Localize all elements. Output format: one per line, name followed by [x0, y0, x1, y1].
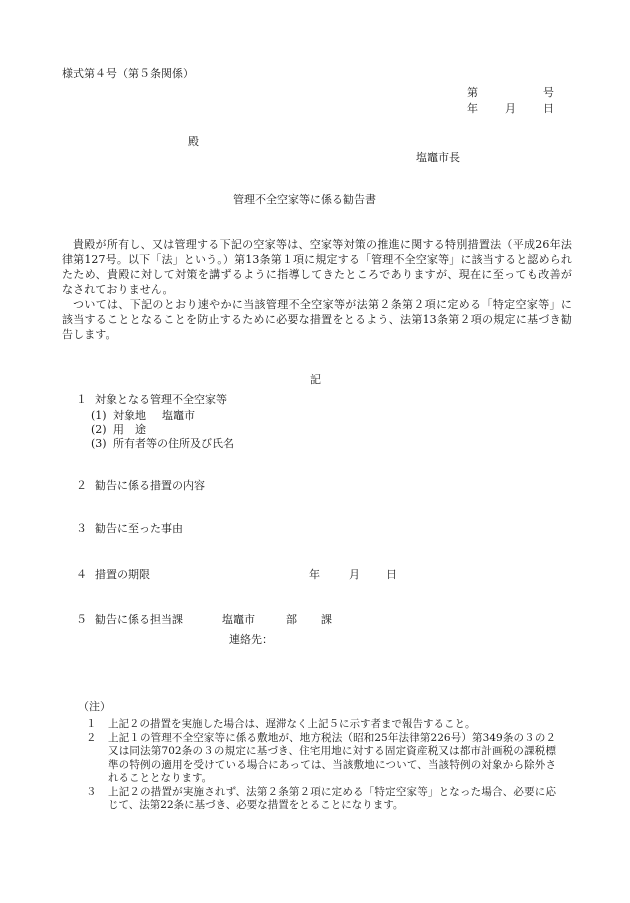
- item-3-label: 勧告に至った事由: [95, 523, 183, 534]
- notes-list: １ 上記２の措置を実施した場合は、遅滞なく上記５に示す者まで報告すること。 ２ …: [86, 718, 556, 813]
- subitem-3-label: 所有者等の住所及び氏名: [113, 438, 234, 449]
- date-day: 日: [543, 103, 554, 114]
- body-text: 貴殿が所有し、又は管理する下記の空家等は、空家等対策の推進に関する特別措置法（平…: [62, 237, 572, 342]
- note-text: 上記１の管理不全空家等に係る敷地が、地方税法（昭和25年法律第226号）第349…: [108, 732, 556, 786]
- subitem-2-label: 用 途: [113, 424, 146, 435]
- item-5-label: 勧告に係る担当課: [95, 614, 183, 625]
- item-3-num: ３: [76, 523, 87, 534]
- subitem-1-num: (1): [91, 410, 107, 421]
- note-item: １ 上記２の措置を実施した場合は、遅滞なく上記５に示す者まで報告すること。: [86, 718, 556, 732]
- item-1-num: １: [76, 394, 87, 405]
- note-text: 上記２の措置が実施されず、法第２条第２項に定める「特定空家等」となった場合、必要…: [108, 786, 556, 813]
- item-5-num: ５: [76, 614, 87, 625]
- item-4-num: ４: [76, 569, 87, 580]
- deadline-month: 月: [349, 569, 360, 580]
- note-num: ３: [86, 786, 108, 813]
- document-title: 管理不全空家等に係る勧告書: [233, 194, 376, 205]
- subitem-2-num: (2): [91, 424, 107, 435]
- number-suffix: 号: [543, 87, 554, 98]
- deadline-day: 日: [386, 569, 397, 580]
- note-num: １: [86, 718, 108, 732]
- body-paragraph-2: ついては、下記のとおり速やかに当該管理不全空家等が法第２条第２項に定める「特定空…: [62, 297, 572, 342]
- notes-heading: （注）: [78, 701, 111, 712]
- dept-bu: 部: [286, 614, 297, 625]
- date-year: 年: [467, 103, 478, 114]
- subitem-3-num: (3): [91, 438, 107, 449]
- note-text: 上記２の措置を実施した場合は、遅滞なく上記５に示す者まで報告すること。: [108, 718, 556, 732]
- note-item: ２ 上記１の管理不全空家等に係る敷地が、地方税法（昭和25年法律第226号）第3…: [86, 732, 556, 786]
- deadline-year: 年: [309, 569, 320, 580]
- item-2-label: 勧告に係る措置の内容: [95, 480, 205, 491]
- subitem-1-label: 対象地: [113, 410, 146, 421]
- dept-ka: 課: [321, 614, 332, 625]
- form-label: 様式第４号（第５条関係）: [62, 68, 194, 79]
- subitem-1-value: 塩竈市: [162, 410, 195, 421]
- body-paragraph-1: 貴殿が所有し、又は管理する下記の空家等は、空家等対策の推進に関する特別措置法（平…: [62, 237, 572, 297]
- number-prefix: 第: [467, 87, 478, 98]
- item-4-label: 措置の期限: [95, 569, 150, 580]
- note-item: ３ 上記２の措置が実施されず、法第２条第２項に定める「特定空家等」となった場合、…: [86, 786, 556, 813]
- contact-label: 連絡先：: [229, 634, 273, 645]
- ki-heading: 記: [310, 374, 321, 385]
- issuer: 塩竈市長: [416, 152, 460, 163]
- date-month: 月: [505, 103, 516, 114]
- addressee-suffix: 殿: [188, 136, 199, 147]
- dept-city: 塩竈市: [222, 614, 255, 625]
- item-2-num: ２: [76, 480, 87, 491]
- note-num: ２: [86, 732, 108, 786]
- item-1-label: 対象となる管理不全空家等: [95, 394, 227, 405]
